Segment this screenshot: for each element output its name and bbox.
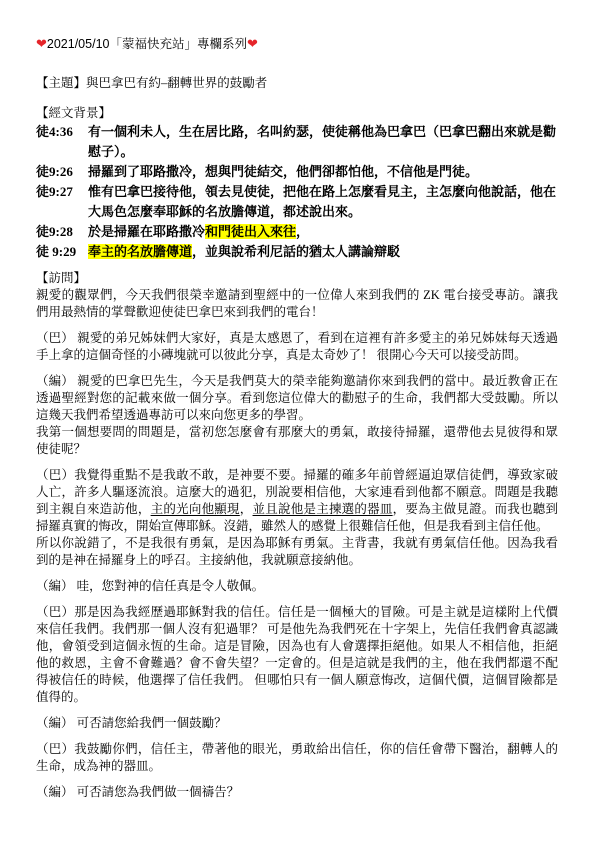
heart-icon-left: ❤ [36,37,47,52]
verse-list: 徒4:36 有一個利未人，生在居比路，名叫約瑟，使徒稱他為巴拿巴（巴拿巴翻出來就… [36,122,558,262]
topic-label: 【主題】 [36,76,86,90]
scripture-section: 【經文背景】 徒4:36 有一個利未人，生在居比路，名叫約瑟，使徒稱他為巴拿巴（… [36,105,558,262]
doc-header: ❤2021/05/10「蒙福快充站」專欄系列❤ [36,36,558,53]
verse-text-plain: 掃羅到了耶路撒冷，想與門徒結交，他們卻都怕他，不信他是門徒。 [88,164,478,179]
heart-icon-right: ❤ [247,37,258,52]
verse-text-plain: ， [296,224,309,239]
verse-ref: 徒4:36 [36,122,88,162]
interview-paragraph-barnabas: （巴） 親愛的弟兄姊妹們大家好，真是太感恩了，看到在這裡有許多愛主的弟兄姊妹每天… [36,330,558,364]
verse-ref: 徒9:27 [36,182,88,222]
verse-highlight: 和門徒出入來往 [205,224,296,239]
verse-row: 徒9:28 於是掃羅在耶路撒冷和門徒出入來往， [36,222,558,242]
verse-text: 有一個利未人，生在居比路，名叫約瑟，使徒稱他為巴拿巴（巴拿巴翻出來就是勸慰子）。 [88,122,558,162]
verse-text-plain: 於是掃羅在耶路撒冷 [88,224,205,239]
topic-text: 與巴拿巴有約–翻轉世界的鼓勵者 [86,76,267,90]
verse-row: 徒9:26 掃羅到了耶路撒冷，想與門徒結交，他們卻都怕他，不信他是門徒。 [36,162,558,182]
doc-header-title: 2021/05/10「蒙福快充站」專欄系列 [47,37,247,51]
interview-paragraph-barnabas: （巴）我覺得重點不是我敢不敢，是神要不要。掃羅的確多年前曾經逼迫眾信徒們，導致家… [36,467,558,569]
interview-paragraph-barnabas: （巴）那是因為我經歷過耶穌對我的信任。信任是一個極大的冒險。可是主就是這樣附上代… [36,604,558,706]
verse-row: 徒 9:29 奉主的名放膽傳道，並與說希利尼話的猶太人講論辯駁 [36,242,558,262]
underlined-phrase: 主的光向他顯現 [151,502,240,516]
verse-text: 掃羅到了耶路撒冷，想與門徒結交，他們卻都怕他，不信他是門徒。 [88,162,558,182]
verse-text: 惟有巴拿巴接待他，領去見使徒，把他在路上怎麼看見主，主怎麼向他說話，他在大馬色怎… [88,182,558,222]
interview-paragraph-editor: （編） 可否請您為我們做一個禱告？ [36,784,558,801]
verse-ref: 徒9:26 [36,162,88,182]
interview-section: 【訪問】 親愛的觀眾們，今天我們很榮幸邀請到聖經中的一位偉人來到我們的 ZK 電… [36,270,558,801]
verse-text-plain: ，並與說希利尼話的猶太人講論辯駁 [192,244,400,259]
interview-paragraph-editor: （編） 哇，您對神的信任真是令人敬佩。 [36,578,558,595]
interview-section-label: 【訪問】 [36,270,558,287]
verse-row: 徒4:36 有一個利未人，生在居比路，名叫約瑟，使徒稱他為巴拿巴（巴拿巴翻出來就… [36,122,558,162]
interview-paragraph-barnabas: （巴）我鼓勵你們，信任主，帶著他的眼光，勇敢給出信任，你的信任會帶下醫治，翻轉人… [36,741,558,775]
verse-text-plain: 惟有巴拿巴接待他，領去見使徒，把他在路上怎麼看見主，主怎麼向他說話，他在大馬色怎… [88,184,556,219]
interview-paragraph-editor: （編） 可否請您給我們一個鼓勵？ [36,715,558,732]
verse-text: 奉主的名放膽傳道，並與說希利尼話的猶太人講論辯駁 [88,242,558,262]
topic-line: 【主題】與巴拿巴有約–翻轉世界的鼓勵者 [36,75,558,92]
verse-text: 於是掃羅在耶路撒冷和門徒出入來往， [88,222,558,242]
verse-text-plain: 有一個利未人，生在居比路，名叫約瑟，使徒稱他為巴拿巴（巴拿巴翻出來就是勸慰子）。 [88,124,556,159]
verse-row: 徒9:27 惟有巴拿巴接待他，領去見使徒，把他在路上怎麼看見主，主怎麼向他說話，… [36,182,558,222]
paragraph-text: ， [240,502,253,516]
verse-ref: 徒9:28 [36,222,88,242]
interview-paragraph-intro: 親愛的觀眾們，今天我們很榮幸邀請到聖經中的一位偉人來到我們的 ZK 電台接受專訪… [36,287,558,321]
verse-ref: 徒 9:29 [36,242,88,262]
document-page: ❤2021/05/10「蒙福快充站」專欄系列❤ 【主題】與巴拿巴有約–翻轉世界的… [0,0,595,842]
underlined-phrase: 並且說他是主揀選的器皿 [253,502,393,516]
interview-paragraph-editor: （編） 親愛的巴拿巴先生，今天是我們莫大的榮幸能夠邀請你來到我們的當中。最近教會… [36,373,558,458]
verse-highlight: 奉主的名放膽傳道 [88,244,192,259]
scripture-section-label: 【經文背景】 [36,105,558,122]
